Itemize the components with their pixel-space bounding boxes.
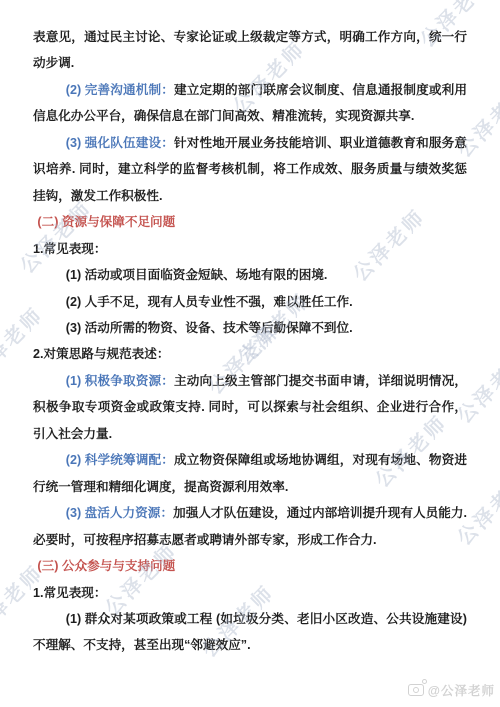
emphasis-blue-text: (2) 科学统筹调配： <box>66 453 174 467</box>
paragraph-item: (3) 活动所需的物资、设备、技术等后勤保障不到位. <box>33 315 467 341</box>
camera-lens-icon <box>413 687 419 693</box>
camera-flash-icon <box>422 679 427 684</box>
paragraph-item: (2) 人手不足，现有人员专业性不强，难以胜任工作. <box>33 289 467 315</box>
body-text: (3) 活动所需的物资、设备、技术等后勤保障不到位. <box>66 321 353 335</box>
body-text: (2) 人手不足，现有人员专业性不强，难以胜任工作. <box>66 295 353 309</box>
paragraph-item: (3) 强化队伍建设：针对性地开展业务技能培训、职业道德教育和服务意识培养. 同… <box>33 130 467 209</box>
body-text: 表意见，通过民主讨论、专家论证或上级裁定等方式，明确工作方向，统一行动步调. <box>33 30 467 70</box>
camera-logo-icon <box>408 684 424 696</box>
emphasis-blue-text: (1) 积极争取资源： <box>66 374 174 388</box>
paragraph-item: (3) 盘活人力资源：加强人才队伍建设，通过内部培训提升现有人员能力. 必要时，… <box>33 500 467 553</box>
body-text: 1.常见表现： <box>33 586 106 600</box>
body-text: 1.常见表现： <box>33 242 106 256</box>
paragraph-item: (1) 活动或项目面临资金短缺、场地有限的困境. <box>33 262 467 288</box>
paragraph-plain: 2.对策思路与规范表述： <box>33 341 467 367</box>
emphasis-red-text: (二) 资源与保障不足问题 <box>37 215 175 229</box>
body-text: (1) 活动或项目面临资金短缺、场地有限的困境. <box>66 268 328 282</box>
emphasis-red-text: (三) 公众参与与支持问题 <box>37 559 175 573</box>
emphasis-blue-text: (2) 完善沟通机制： <box>66 83 174 97</box>
paragraph-item: (1) 积极争取资源：主动向上级主管部门提交书面申请，详细说明情况，积极争取专项… <box>33 368 467 447</box>
credit-badge: @公泽老师 <box>408 681 495 699</box>
paragraph-plain: 1.常见表现： <box>33 580 467 606</box>
credit-text: @公泽老师 <box>428 681 495 699</box>
paragraph-plain: 1.常见表现： <box>33 236 467 262</box>
paragraph-item: (2) 科学统筹调配：成立物资保障组或场地协调组，对现有场地、物资进行统一管理和… <box>33 447 467 500</box>
emphasis-blue-text: (3) 强化队伍建设： <box>66 136 174 150</box>
body-text: (1) 群众对某项政策或工程 (如垃圾分类、老旧小区改造、公共设施建设) 不理解… <box>33 612 467 652</box>
paragraph-item: (2) 完善沟通机制：建立定期的部门联席会议制度、信息通报制度或利用信息化办公平… <box>33 77 467 130</box>
emphasis-blue-text: (3) 盘活人力资源： <box>66 506 173 520</box>
document-body: 表意见，通过民主讨论、专家论证或上级裁定等方式，明确工作方向，统一行动步调.(2… <box>33 24 467 659</box>
paragraph-heading: (二) 资源与保障不足问题 <box>33 209 467 235</box>
body-text: 2.对策思路与规范表述： <box>33 347 169 361</box>
paragraph-item: (1) 群众对某项政策或工程 (如垃圾分类、老旧小区改造、公共设施建设) 不理解… <box>33 606 467 659</box>
paragraph-heading: (三) 公众参与与支持问题 <box>33 553 467 579</box>
paragraph-continuation: 表意见，通过民主讨论、专家论证或上级裁定等方式，明确工作方向，统一行动步调. <box>33 24 467 77</box>
